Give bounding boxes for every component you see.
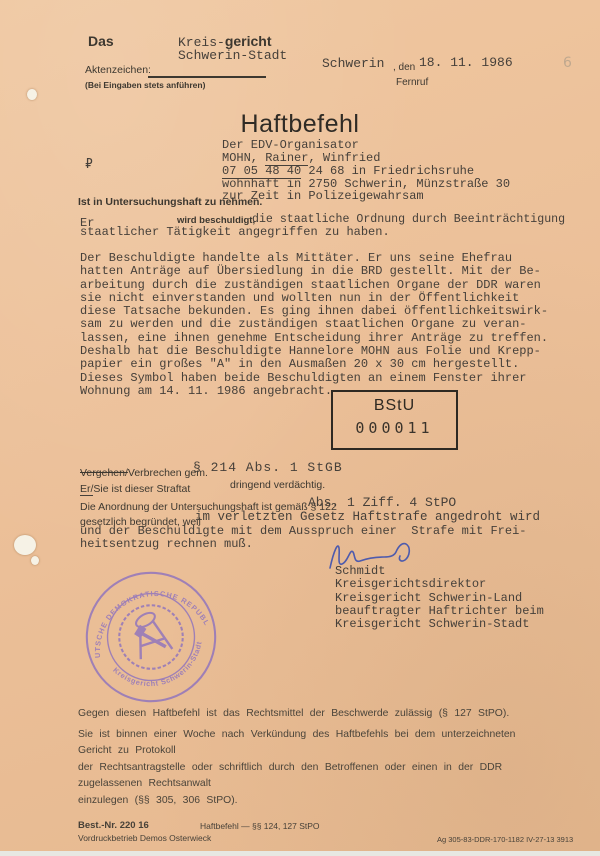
statute-stpo: Abs. 1 Ziff. 4 StPO <box>308 496 456 509</box>
statement-line: sie nicht einverstanden und wollten nun … <box>80 292 548 305</box>
aktenzeichen-label: Aktenzeichen: <box>85 64 151 76</box>
custody-form-line: Ist in Untersuchungshaft zu nehmen. <box>78 196 262 208</box>
print-code: Ag 305-83-DDR-170-1182 IV-27-13 3913 <box>437 835 573 844</box>
remedy-line2: Sie ist binnen einer Woche nach Verkündu… <box>78 727 546 760</box>
signature-block: Schmidt Kreisgerichtsdirektor Kreisgeric… <box>335 565 544 631</box>
paper-hole <box>27 89 37 100</box>
charge-line2: staatlicher Tätigkeit angegriffen zu hab… <box>80 226 390 239</box>
form-word-das: Das <box>88 33 114 49</box>
aktenzeichen-note: (Bei Eingaben stets anführen) <box>85 80 205 90</box>
order-number: Best.-Nr. 220 16 <box>78 820 149 831</box>
verdacht-line: Er/Sie ist dieser Straftat dringend verd… <box>80 479 190 497</box>
court-name-printed: gericht <box>225 33 272 49</box>
fernruf-label: Fernruf <box>396 77 428 88</box>
remedy-notice: Gegen diesen Haftbefehl ist das Rechtsmi… <box>78 706 546 809</box>
statement-line: Dieses Symbol haben beide Beschuldigten … <box>80 372 548 385</box>
statement-line: sam zu werden und die zuständigen staatl… <box>80 318 548 331</box>
statement-line: hatten Anträge auf Übersiedlung in die B… <box>80 265 548 278</box>
remedy-line3: der Rechtsantragstelle oder schriftlich … <box>78 760 546 793</box>
statement-line: Deshalb hat die Beschuldigte Hannelore M… <box>80 345 548 358</box>
bstu-number: 000011 <box>333 419 456 437</box>
statute-stgb: § 214 Abs. 1 StGB <box>193 461 343 474</box>
signer-title3: beauftragter Haftrichter beim <box>335 605 544 618</box>
margin-mark: ₽ <box>85 158 93 171</box>
bstu-stamp: BStU 000011 <box>331 390 458 450</box>
remedy-line1: Gegen diesen Haftbefehl ist das Rechtsmi… <box>78 706 546 723</box>
verdaechtig-label: dringend verdächtig. <box>230 479 325 491</box>
vergehen-struck: Vergehen/ <box>80 467 128 479</box>
statement-line: papier ein großes "A" in den Ausmaßen 20… <box>80 358 548 371</box>
signer-title2: Kreisgericht Schwerin-Land <box>335 592 544 605</box>
court-name: Kreis-gericht <box>178 33 272 49</box>
statement-line: arbeitung durch die zuständigen staatlic… <box>80 279 548 292</box>
date-typed: 18. 11. 1986 <box>419 56 513 69</box>
statement-line: Wohnung am 14. 11. 1986 angebracht. <box>80 385 548 398</box>
signer-title1: Kreisgerichtsdirektor <box>335 578 544 591</box>
document-page: Das Kreis-gericht Schwerin-Stadt Aktenze… <box>0 0 600 856</box>
court-name-line2: Schwerin-Stadt <box>178 49 287 62</box>
bstu-label: BStU <box>333 397 456 415</box>
den-label: , den <box>393 62 415 73</box>
signer-title4: Kreisgericht Schwerin-Stadt <box>335 618 544 631</box>
signer-name: Schmidt <box>335 565 544 578</box>
place-typed: Schwerin <box>322 57 384 70</box>
printer-name: Vordruckbetrieb Demos Osterwieck <box>78 833 211 843</box>
statement-line: lassen, eine ihnen genehme Entscheidung … <box>80 332 548 345</box>
er-underlined: Er/ <box>80 483 93 496</box>
reason-line1: im verletzten Gesetz Haftstrafe angedroh… <box>195 511 540 524</box>
paper-hole <box>31 556 39 565</box>
statement-line: Der Beschuldigte handelte als Mittäter. … <box>80 252 548 265</box>
aktenzeichen-rule <box>148 76 266 78</box>
statement-paragraph: Der Beschuldigte handelte als Mittäter. … <box>80 252 548 398</box>
paper-hole <box>14 535 36 555</box>
page-title: Haftbefehl <box>0 110 600 139</box>
remedy-line4: einzulegen (§§ 305, 306 StPO). <box>78 793 546 810</box>
pencil-mark: 6 <box>563 55 572 71</box>
statement-line: diese Tatsache bekunden. Es ging ihnen d… <box>80 305 548 318</box>
scan-edge <box>0 851 600 856</box>
form-name: Haftbefehl — §§ 124, 127 StPO <box>200 821 320 831</box>
court-seal: DEUTSCHE DEMOKRATISCHE REPUBLIK — Kreisg… <box>64 550 238 724</box>
reason-line3: heitsentzug rechnen muß. <box>80 538 253 551</box>
